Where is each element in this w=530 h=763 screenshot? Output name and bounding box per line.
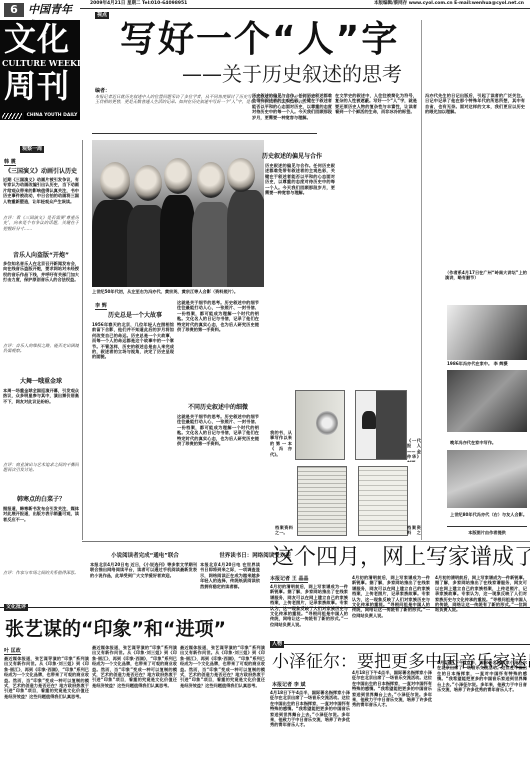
- news-body: 本报北京4月20日电 在世界读书日即将到来之际，一项调查显示，网络阅读正在成为越…: [200, 562, 260, 610]
- ozawa-byline: 本报记者 李 斌: [272, 681, 305, 689]
- main-subheadline: ——关于历史叙述的思考: [182, 62, 402, 86]
- archive-doc-1: [297, 466, 347, 536]
- article-column: 4月18日下午4点半，国际著名指挥家小泽征尔在北京出席了一场音乐交流活动。这位在…: [352, 670, 432, 762]
- news-heading: 小说阅读者完成“通电”联合: [90, 552, 200, 560]
- writers-byline: 本报记者 王 晶晶: [270, 575, 308, 583]
- left-item-body: 据报道，韩寒新书发布会引发关注，媒体对此展开报道，出版方表示销量可观，读者反应不…: [3, 506, 79, 568]
- main-byline: 李 辉: [95, 302, 107, 310]
- book-caption: 《一代报人——金仲华》封面。: [407, 438, 421, 462]
- article-column: 4月初的清明前后，网上写家谱成为一件新锐事。据了解，多家网站推出了在线家谱服务，…: [435, 575, 527, 642]
- main-headline: 写好一个“人”字: [120, 20, 399, 60]
- section-tag-viewpoint: 视点: [95, 12, 109, 19]
- photo-credit: 本版图片由作者提供: [447, 530, 527, 536]
- photo-figure: [160, 195, 195, 287]
- date-line: 2009年4月21日 星期二 Tel:010-64098951: [90, 0, 187, 7]
- subhead: 不同历史叙述中的细微: [177, 404, 259, 412]
- book-cover-feng-yidai: [295, 390, 345, 460]
- photo-face: [197, 162, 225, 198]
- china-youth-daily-label: CHINA YOUTH DAILY: [24, 112, 80, 120]
- divider: [270, 644, 530, 645]
- zhang-headline: 张艺谋的“印象”和“进项”: [5, 616, 226, 642]
- article-column: 最近媒体报道，张艺谋导演的“印象”系列演出又有新作问世。从《印象·刘三姐》到《印…: [92, 645, 177, 761]
- photo-writing-at-desk: [447, 370, 527, 432]
- editor-note-label: 编者：: [95, 87, 110, 94]
- left-item-heading: 大舞一哦重金球: [2, 378, 80, 386]
- book-caption: 档案资料之二。: [407, 525, 421, 536]
- header-info-line: 2009年4月21日 星期二 Tel:010-64098951 本版编辑/蔡网存…: [80, 0, 530, 9]
- masthead-strip: CHINA YOUTH DAILY: [0, 112, 80, 120]
- masthead: 6 中国青年报 文化 CULTURE WEEKLY 周刊 CHINA YOUTH…: [0, 0, 80, 133]
- section-tag-people: 人物: [270, 641, 284, 648]
- article-column: 冯亦代先生的日记出版后，引起了读者的广泛关注。日记中记录了他在那个特殊年代的所思…: [425, 93, 525, 223]
- article-column: 这就是关于细节的思考。历史叙述中的细节往往最能打动人心，一张照片、一封书信、一份…: [177, 414, 259, 527]
- book-caption: 我的书，从事写作以来的第一本《冯亦代》。: [270, 430, 292, 460]
- photo-figure: [192, 202, 232, 287]
- portrait-icon: [316, 411, 338, 435]
- divider: [82, 541, 530, 542]
- masthead-title-bottom: 周刊: [4, 68, 70, 104]
- left-item-comment: 点评：作家与市场之间的关系值得深思。: [3, 570, 79, 598]
- subhead: 历史叙述的偏见与合作: [252, 153, 332, 161]
- section-tag-critique: 文化批评: [4, 604, 28, 611]
- column-divider: [421, 20, 422, 540]
- article-column: 4月初的清明前后，网上写家谱成为一件新锐事。据了解，多家网站推出了在线家谱服务，…: [270, 584, 348, 642]
- photo-elder-portrait: [447, 305, 527, 360]
- subhead: 历史总是一个大故事: [95, 312, 175, 320]
- left-item-body: 本周一场重金球全国巡演开幕，引发观众热议，众多明星参与其中，演出票价居高不下，网…: [3, 388, 79, 460]
- left-item-comment: 点评：商业演出与艺术追求之间的平衡问题再次引发讨论。: [3, 462, 79, 492]
- article-column: 1956年春天的北京，几位年轻人在照相馆前留下合影，他们并不知道此后的岁月将如何…: [92, 322, 174, 527]
- article-column: 历史叙述的偏见与合作。任何历史叙述都难免带有叙述者的主观色彩，关键在于叙述者能否…: [265, 163, 335, 378]
- left-item-heading: 韩寒点的白菜子？: [2, 496, 80, 504]
- news-body: 本报北京4月20日电 近日，《小说选刊》等多家文学期刊联合推出网络阅读平台，读者…: [90, 562, 197, 610]
- divider: [447, 526, 527, 527]
- masthead-title-top: 文化: [4, 22, 70, 56]
- photo-caption: 晚年冯亦代在家中写作。: [450, 440, 528, 446]
- photo-caption: 上世纪80年代冯亦代（右）与友人合影。: [450, 512, 528, 524]
- article-column: 4月18日下午4点半，国际著名指挥家小泽征尔在北京出席了一场音乐交流活动。这位在…: [437, 660, 527, 762]
- section-tag-weekly: 观察一周: [20, 146, 44, 153]
- divider: [0, 607, 530, 608]
- hatch-decoration: [2, 113, 22, 119]
- article-column: 这就是关于细节的思考。历史叙述中的细节往往最能打动人心，一张照片、一封书信、一份…: [177, 300, 259, 400]
- left-item-comment: 点评：音乐人的维权之路，能否走出困境仍需观察。: [3, 343, 79, 373]
- column-divider: [82, 140, 83, 540]
- article-column: 4月初的清明前后，网上写家谱成为一件新锐事。据了解，多家网站推出了在线家谱服务，…: [352, 575, 430, 642]
- main-photo: [92, 140, 264, 287]
- left-author: 韩 震: [4, 158, 16, 166]
- photo-figure: [227, 190, 264, 287]
- writers-headline: 这个四月，网上写家谱成了一件新锐事: [272, 544, 530, 572]
- article-footnote: （作者系4月17日在广州“岭南大讲坛”上的演讲，略有删节）: [445, 270, 527, 284]
- book-caption: 档案资料之一。: [275, 525, 293, 536]
- main-photo-caption: 上世纪50年代初，从左至右为冯亦代、黄宗英、黄宗江等人合影（资料照片）。: [92, 289, 264, 295]
- page-number: 6: [4, 3, 24, 17]
- left-item-comment: 点评：看《三国演义》是否需要‘尊重历史’，向来是个有争议的话题，关键在于把握好分…: [3, 215, 79, 247]
- photo-face: [164, 158, 192, 194]
- photo-face: [134, 165, 162, 201]
- photo-group: [447, 450, 527, 508]
- left-item-heading: 《三国演义》动画引认历史: [2, 168, 80, 176]
- article-column: 在文学史的叙述中，人往往被简化为符号，复杂的人性被遮蔽。写好一个“人”字，就是要…: [335, 93, 417, 378]
- photo-face: [227, 158, 255, 192]
- portrait-icon: [362, 411, 376, 429]
- contact-line: 本版编辑/蔡网存 www.cyol.com.cn E-mail:wenhua@c…: [374, 0, 524, 7]
- left-item-body: 多位知名音乐人在北京召开新闻发布会，向在线音乐盗版开炮，要求网站对未经授权的音乐…: [3, 261, 79, 341]
- zhang-byline: 叶 匡政: [4, 647, 21, 655]
- book-cover-jin-zhonghua: [355, 390, 407, 460]
- archive-doc-2: [358, 466, 408, 536]
- article-column: 4月18日下午4点半，国际著名指挥家小泽征尔在北京出席了一场音乐交流活动。这位在…: [270, 690, 350, 762]
- article-column: 最近媒体报道，张艺谋导演的“印象”系列演出又有新作问世。从《印象·刘三姐》到《印…: [180, 645, 265, 761]
- article-column: 最近媒体报道，张艺谋导演的“印象”系列演出又有新作问世。从《印象·刘三姐》到《印…: [4, 656, 89, 761]
- photo-caption: 1986年冯亦代在家中。 李 辉摄: [447, 361, 527, 367]
- photo-face: [100, 162, 130, 200]
- left-item-body: 近期《三国演义》动画片被引发争议，有专家认为动画改编引出认历史，当下动画片给观众…: [3, 177, 79, 215]
- left-item-heading: 音乐人向盗版“开炮”: [2, 252, 80, 260]
- article-column: 历史叙述的偏见与合作。任何历史叙述都难免带有叙述者的主观色彩，关键在于叙述者能否…: [252, 93, 332, 143]
